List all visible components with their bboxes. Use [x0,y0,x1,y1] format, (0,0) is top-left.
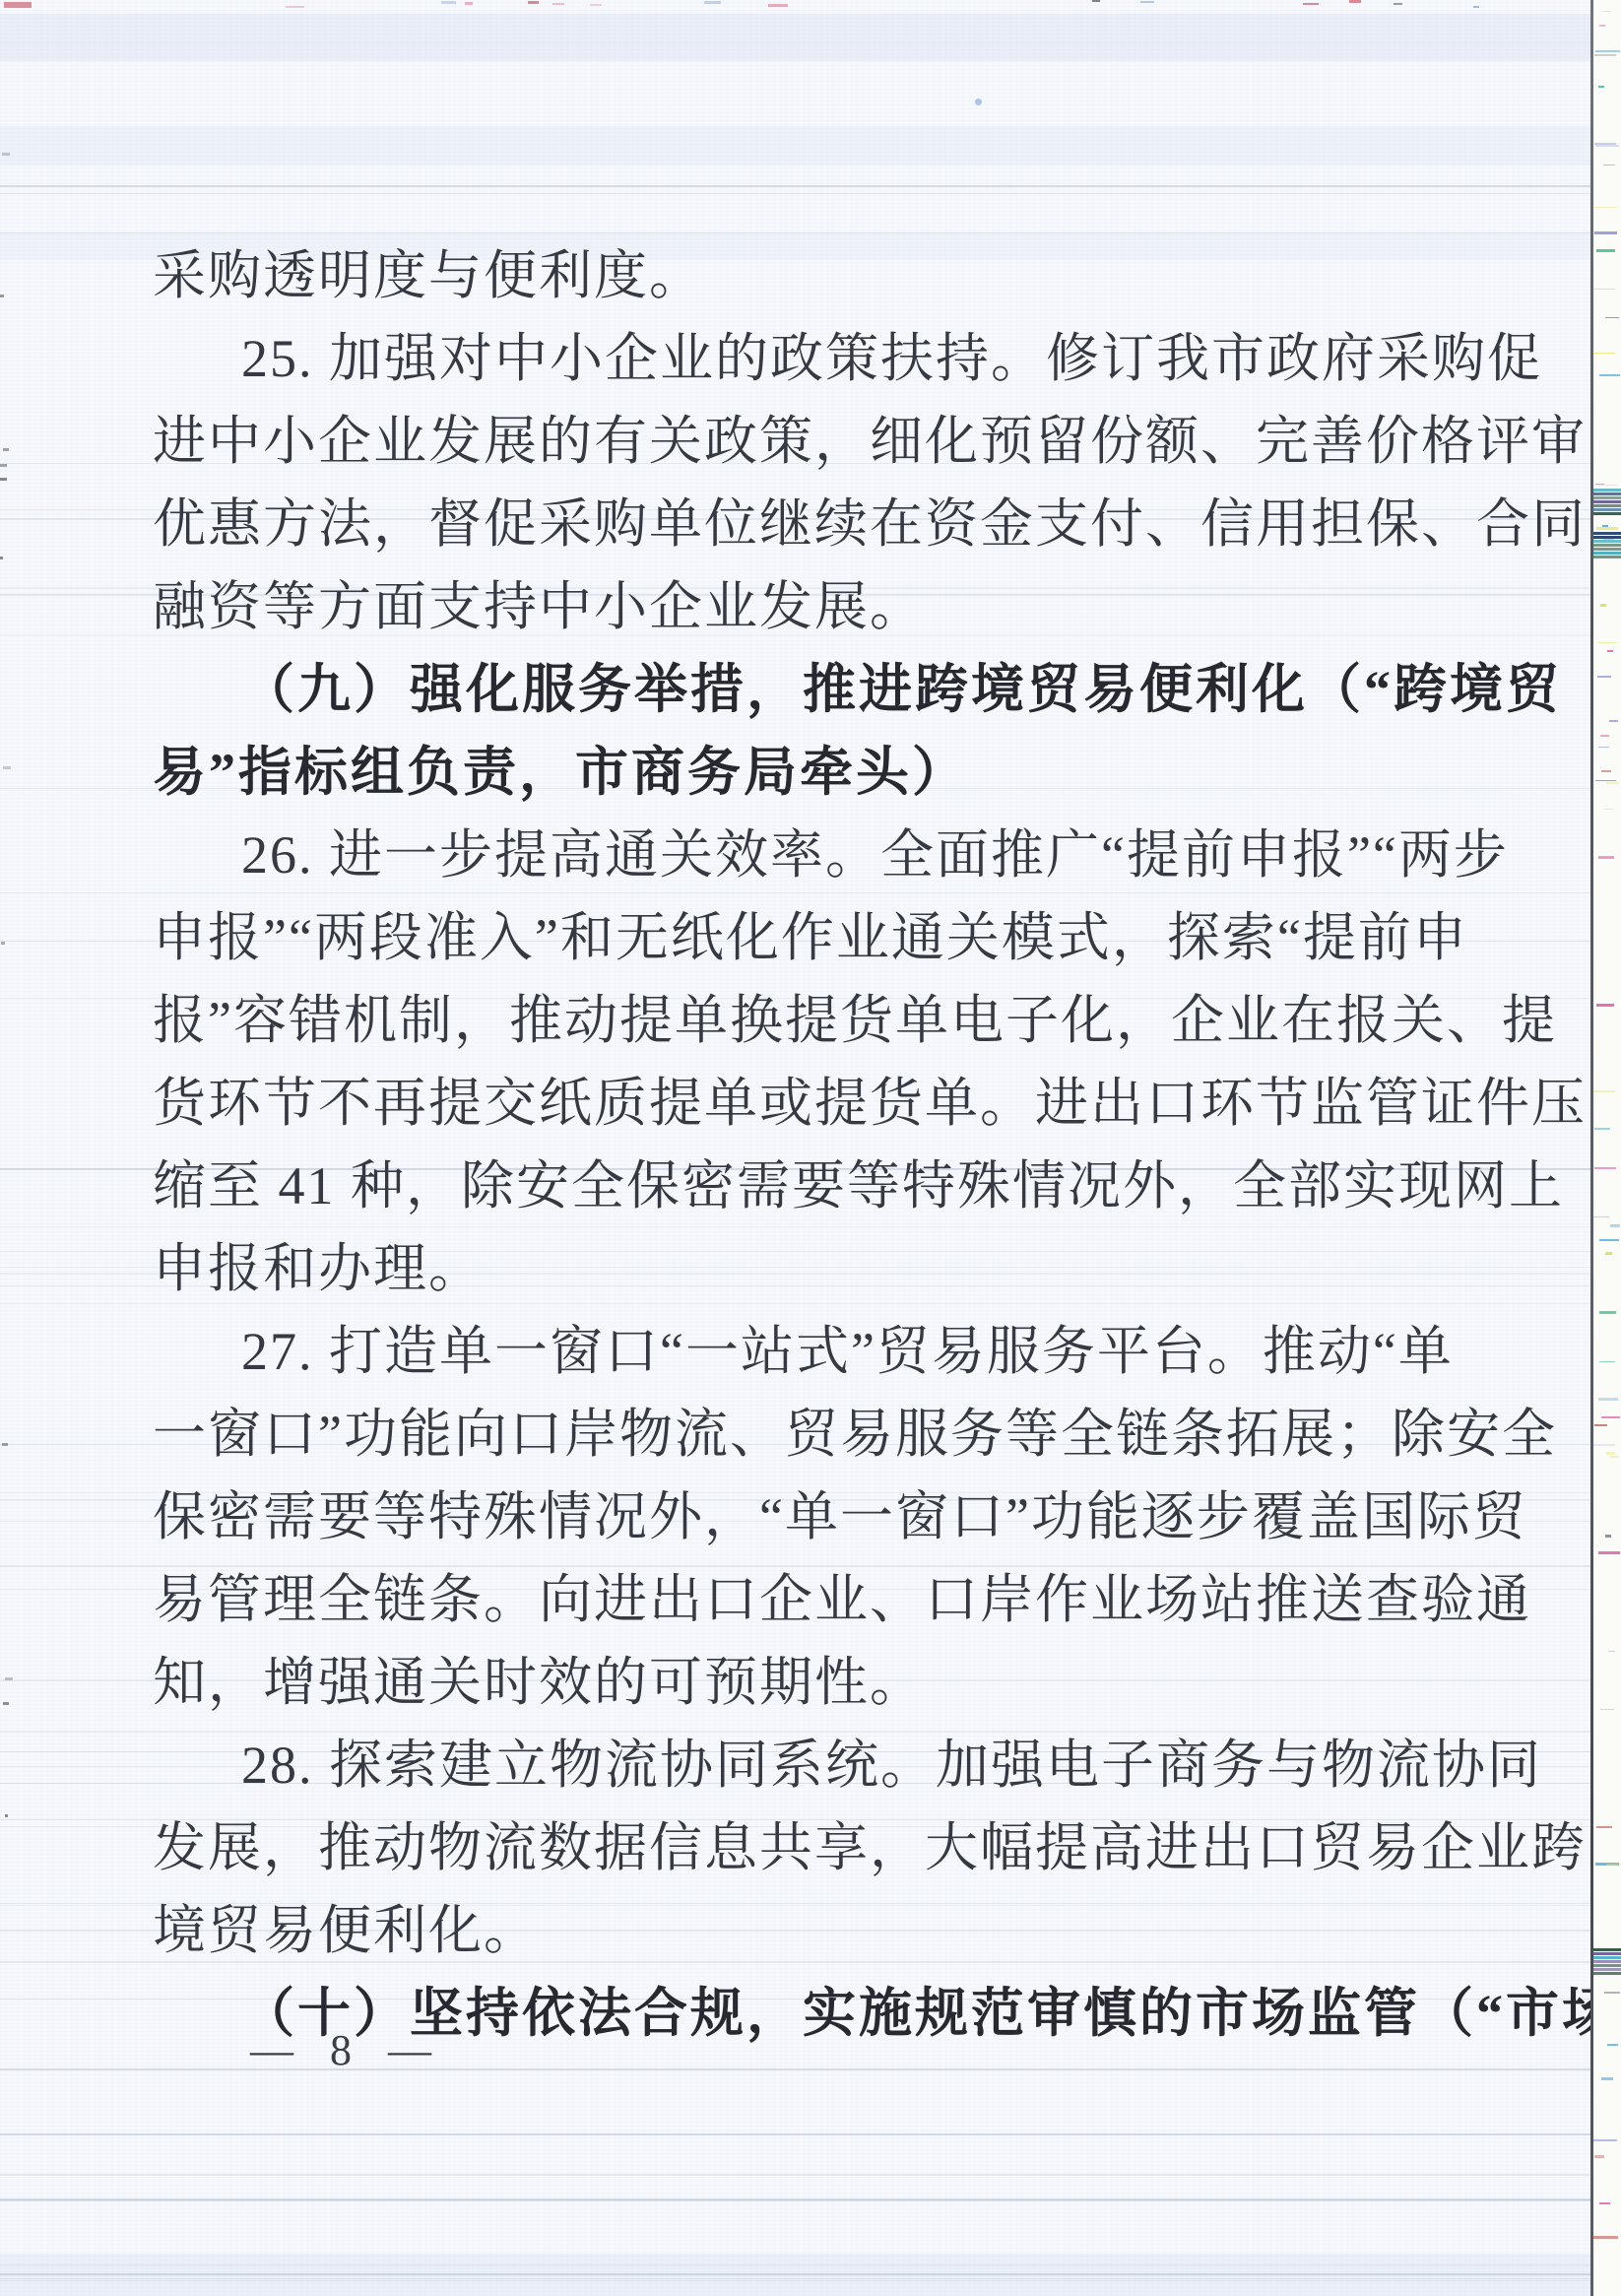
scan-band-upper [0,126,1621,165]
scan-speck [768,4,788,7]
scan-edge-dash [1594,1167,1616,1169]
scan-edge-dash [1601,770,1611,772]
scan-edge-cluster-dash [1593,504,1621,507]
scan-edge-dash [1605,317,1619,318]
scan-edge-dash [1593,1948,1612,1949]
scan-edge-cluster-dash [1593,1956,1621,1959]
scan-edge-cluster-dash [1593,496,1621,499]
scan-speck [704,1,721,4]
scan-edge-cluster-dash [1593,1948,1621,1951]
scan-edge-dash [1594,231,1617,234]
scan-edge-dash [1593,1216,1609,1217]
scan-edge-dash [1598,747,1609,748]
scan-speck [1394,3,1402,5]
scan-speck [0,478,7,481]
scan-edge-dash [1601,1416,1620,1418]
scan-speck [1473,6,1479,8]
scan-edge-cluster-dash [1593,508,1621,511]
scan-edge-dash [1606,1864,1618,1866]
scan-edge-dash [1593,207,1617,208]
scan-edge-dash [1594,54,1616,56]
scan-edge-dash [1599,1311,1616,1314]
text-line: 知，增强通关时效的可预期性。 [153,1641,1502,1724]
scan-edge-dash [1605,1535,1611,1538]
scan-edge-dash [1601,2077,1613,2080]
scan-speck [0,557,3,559]
scan-edge-dash [1595,1863,1619,1866]
scan-speck [0,295,4,297]
text-line: 缩至 41 种，除安全保密需要等特殊情况外，全部实现网上 [153,1145,1502,1227]
scan-edge-dash [1594,2155,1604,2158]
scan-edge-cluster-dash [1593,1952,1621,1955]
scan-edge-dash [1603,164,1615,165]
scan-edge-cluster-dash [1593,512,1621,515]
scan-speck [5,1677,13,1680]
scan-band-line [0,2264,1621,2266]
scan-edge-dash [1604,1992,1620,1994]
scan-edge-dash [1598,86,1604,88]
heading-line: 易”指标组负责，市商务局牵头） [153,731,1502,814]
text-line: 27. 打造单一窗口“一站式”贸易服务平台。推动“单 [153,1310,1502,1393]
text-line: 25. 加强对中小企业的政策扶持。修订我市政府采购促 [153,317,1502,400]
text-line: 一窗口”功能向口岸物流、贸易服务等全链条拓展；除安全 [153,1393,1502,1476]
text-line: 货环节不再提交纸质提单或提货单。进出口环节监管证件压 [153,1062,1502,1145]
scan-edge-dash [1604,809,1613,810]
scan-edge-dash [1603,539,1614,540]
scan-band-line [0,42,1621,43]
scan-edge-dash [1596,1004,1614,1007]
scan-edge-cluster-dash [1593,552,1621,555]
document-body: 采购透明度与便利度。25. 加强对中小企业的政策扶持。修订我市政府采购促进中小企… [153,234,1502,2055]
scan-edge-cluster-dash [1593,1968,1621,1971]
scan-edge-dash [1600,1709,1614,1710]
scan-edge-dash [1593,2236,1618,2239]
scan-edge-dash [1597,676,1611,678]
scan-band-line [0,2174,1621,2176]
scan-edge-dash [1607,2044,1618,2046]
scan-edge-dash [1602,11,1611,12]
scan-band-line [0,2280,1621,2281]
scan-speck [1349,0,1361,3]
scan-speck [3,766,11,769]
scan-speck [4,2,32,8]
scan-edge-artifacts [1593,0,1621,2296]
document-page: 采购透明度与便利度。25. 加强对中小企业的政策扶持。修订我市政府采购促进中小企… [0,0,1621,2296]
text-line: 发展，推动物流数据信息共享，大幅提高进出口贸易企业跨 [153,1806,1502,1889]
scan-edge-dash [1610,1224,1620,1227]
scan-speck [286,6,304,8]
scan-band-line [0,185,1621,187]
scan-edge-dash [1595,484,1604,485]
scan-edge-dash [1598,642,1617,643]
scan-band-line [0,2068,1621,2070]
scan-edge-cluster-dash [1593,540,1621,543]
scan-edge-dash [1600,604,1606,607]
scan-speck [2,153,10,156]
scan-edge-dash [1593,1444,1615,1446]
text-line: 26. 进一步提高通关效率。全面推广“提前申报”“两步 [153,814,1502,896]
scan-speck [528,1,539,4]
scan-edge-cluster-dash [1593,548,1621,551]
scan-speck [5,1814,8,1817]
heading-line: （九）强化服务举措，推进跨境贸易便利化（“跨境贸 [153,648,1502,731]
scan-edge-cluster-dash [1593,536,1621,539]
scan-edge-dash [1606,1452,1615,1455]
text-line: 申报”“两段准入”和无纸化作业通关模式，探索“提前申 [153,896,1502,979]
scan-edge-dash [1606,782,1619,784]
scan-speck [590,4,602,6]
text-line: 境贸易便利化。 [153,1889,1502,1972]
scan-edge-cluster-dash [1593,1964,1621,1967]
scan-edge-cluster-dash [1593,1972,1621,1975]
scan-edge-dash [1594,1424,1607,1426]
scan-band-line [0,2273,1621,2275]
scan-edge-dash [1598,856,1614,859]
scan-speck [2,1443,8,1446]
scan-edge-cluster-dash [1593,500,1621,503]
scan-edge-dash [1594,485,1618,486]
scan-band-line [0,2198,1621,2200]
text-line: 报”容错机制，推动提单换提货单电子化，企业在报关、提 [153,979,1502,1062]
scan-edge-cluster-dash [1593,556,1621,558]
scan-edge-dash [1607,650,1613,652]
text-line: 保密需要等特殊情况外，“单一窗口”功能逐步覆盖国际贸 [153,1476,1502,1558]
text-line: 采购透明度与便利度。 [153,234,1502,317]
scan-edge-dash [1598,1551,1620,1554]
text-line: 融资等方面支持中小企业发展。 [153,565,1502,648]
scan-edge-dash [1608,1651,1615,1652]
scan-edge-dash [1599,25,1605,27]
scan-edge-dash [1599,374,1620,376]
scan-edge-dash [1593,289,1615,290]
scan-speck [465,2,473,5]
scan-band-top [0,14,1621,61]
scan-edge-cluster-dash [1593,1960,1621,1963]
scan-edge-dash [1594,143,1616,145]
scan-band-line [0,232,1621,233]
scan-edge-dash [1593,353,1615,354]
scan-edge-dash [1595,780,1616,781]
scan-edge-dash [1596,249,1615,252]
scan-edge-dash [1602,525,1608,527]
scan-edge-dash [1598,1398,1618,1401]
scan-speck [0,464,7,467]
scan-edge-dash [1595,145,1619,147]
scan-edge-dash [1600,735,1609,737]
page-number: — 8 — [244,2025,441,2075]
scan-edge-cluster-dash [1593,532,1621,535]
scan-speck [1140,1,1154,3]
scan-speck [1303,3,1319,5]
scan-edge-dash [1599,1239,1619,1241]
text-line: 进中小企业发展的有关政策，细化预留份额、完善价格评审 [153,400,1502,483]
text-line: 优惠方法，督促采购单位继续在资金支付、信用担保、合同 [153,483,1502,565]
scan-edge-dash [1609,720,1618,722]
scan-edge-dash [1595,50,1620,52]
scan-edge-cluster-dash [1593,544,1621,547]
scan-speck [3,1702,9,1705]
scan-edge-dash [1596,527,1618,530]
scan-edge-dash [1605,1252,1612,1255]
scan-speck [1,942,5,945]
scan-speck [441,1,456,4]
scan-band-line [0,193,1621,194]
scan-speck [552,3,564,5]
scan-edge-dash [1599,1361,1615,1362]
text-line: 申报和办理。 [153,1227,1502,1310]
text-line: 易管理全链条。向进出口企业、口岸作业场站推送查验通 [153,1558,1502,1641]
scan-edge-dash [1593,2139,1617,2141]
scan-speck [975,98,982,105]
scan-edge-cluster-dash [1593,489,1621,492]
scan-edge-dash [1610,1456,1619,1458]
scan-band-line [0,2199,1621,2201]
scan-edge-cluster-dash [1593,492,1621,495]
scan-edge-dash [1593,1090,1615,1092]
scan-band-line [0,2133,1621,2135]
scan-edge-dash [1594,144,1605,145]
scan-edge-dash [1596,1826,1612,1828]
scan-band-line [0,2278,1621,2279]
scan-band-bottom [0,2254,1621,2296]
scan-speck [1092,0,1100,2]
scan-speck [3,448,9,451]
scan-edge-dash [1599,2202,1610,2204]
scan-edge-dash [1594,1128,1610,1130]
text-line: 28. 探索建立物流协同系统。加强电子商务与物流协同 [153,1724,1502,1806]
